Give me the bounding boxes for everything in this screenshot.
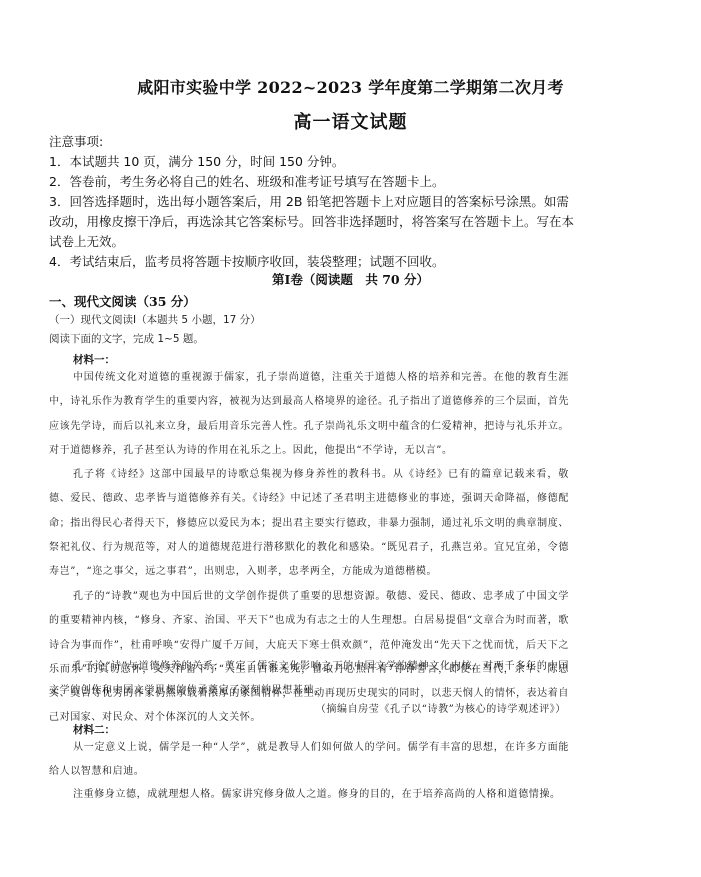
exam-page: 咸阳市实验中学 2022~2023 学年度第二学期第二次月考 高一语文试题 注意…	[0, 0, 701, 877]
notice-heading: 注意事项:	[49, 132, 609, 152]
material-two-label: 材料二：	[73, 722, 115, 737]
notice-item: 1．本试题共 10 页，满分 150 分，时间 150 分钟。	[49, 152, 609, 172]
part-heading: 一、现代文阅读（35 分）	[49, 292, 196, 310]
notice-item: 4．考试结束后，监考员将答题卡按顺序收回，装袋整理；试题不回收。	[49, 252, 609, 272]
notice-item: 2．答卷前，考生务必将自己的姓名、班级和准考证号填写在答题卡上。	[49, 172, 609, 192]
notice-item: 3．回答选择题时，选出每小题答案后，用 2B 铅笔把答题卡上对应题目的答案标号涂…	[49, 192, 609, 212]
notice-block: 注意事项: 1．本试题共 10 页，满分 150 分，时间 150 分钟。 2．…	[49, 132, 609, 272]
notice-item: 改动，用橡皮擦干净后，再选涂其它答案标号。回答非选择题时，将答案写在答题卡上。写…	[49, 212, 609, 232]
material-two-paragraph: 从一定意义上说，儒学是一种“人学”，就是教导人们如何做人的学问。儒学有丰富的思想…	[49, 736, 569, 785]
exam-subtitle: 高一语文试题	[0, 108, 701, 134]
exam-title: 咸阳市实验中学 2022~2023 学年度第二学期第二次月考	[0, 75, 701, 98]
notice-item: 试卷上无效。	[49, 232, 609, 252]
source-citation: （摘编自房莹《孔子以“诗教”为核心的诗学观述评》）	[316, 700, 566, 715]
material-one-paragraph: 中国传统文化对道德的重视源于儒家，孔子崇尚道德，注重关于道德人格的培养和完善。在…	[49, 366, 569, 463]
volume-heading: 第Ⅰ卷（阅读题 共 70 分）	[0, 270, 701, 288]
sub-heading: （一）现代文阅读Ⅰ（本题共 5 小题，17 分）	[49, 312, 261, 327]
material-two-paragraph: 注重修身立德，成就理想人格。儒家讲究修身做人之道。修身的目的，在于培养高尚的人格…	[49, 783, 569, 807]
material-one-label: 材料一：	[73, 352, 115, 367]
material-one-paragraph: 孔子将《诗经》这部中国最早的诗歌总集视为修身养性的教科书。从《诗经》已有的篇章记…	[49, 463, 569, 584]
reading-instruction: 阅读下面的文字，完成 1~5 题。	[49, 331, 204, 346]
material-one-paragraph: 孔子论“诗”与道德修养的关系，奠定了儒家文化影响之下的中国文学的精神文化内核，对…	[49, 655, 569, 704]
